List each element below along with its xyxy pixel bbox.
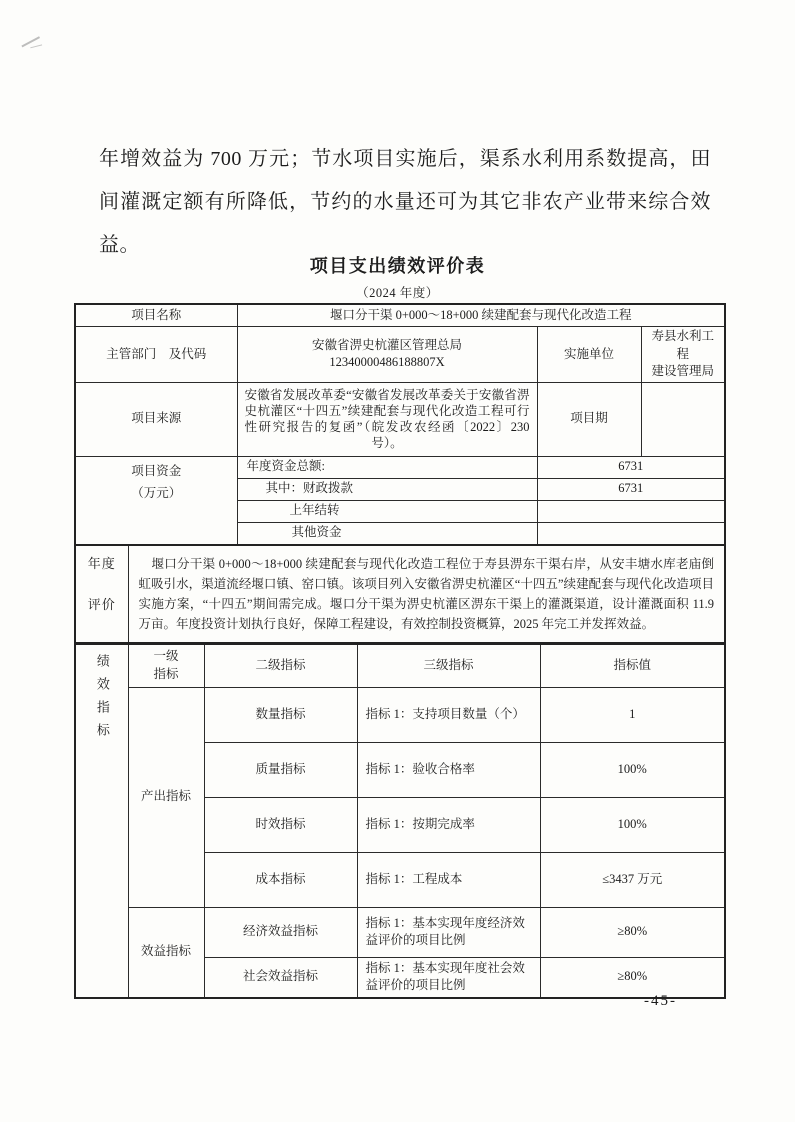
scan-artifact <box>21 36 46 60</box>
project-name-value: 堰口分干渠 0+000～18+000 续建配套与现代化改造工程 <box>237 304 725 327</box>
perf-section-label: 绩效指标 <box>75 644 128 998</box>
value-timeliness: 100% <box>540 797 725 852</box>
funds-row-label-carryover: 上年结转 <box>237 500 537 522</box>
table-title: 项目支出绩效评价表 <box>0 252 795 278</box>
perf-section-label-text: 绩效指标 <box>93 654 111 746</box>
header-level1: 一级 指标 <box>128 644 204 688</box>
level2-timeliness: 时效指标 <box>204 797 357 852</box>
annual-eval-table: 年度 评价 堰口分干渠 0+000～18+000 续建配套与现代化改造工程位于寿… <box>74 544 726 644</box>
value-quality: 100% <box>540 742 725 797</box>
impl-unit-label: 实施单位 <box>537 327 641 383</box>
funds-label: 项目资金 （万元） <box>75 456 237 545</box>
group-label-output: 产出指标 <box>128 687 204 907</box>
level3-timeliness: 指标 1：按期完成率 <box>357 797 540 852</box>
header-level3: 三级指标 <box>357 644 540 688</box>
info-table: 项目名称 堰口分干渠 0+000～18+000 续建配套与现代化改造工程 主管部… <box>74 303 726 546</box>
source-text: 安徽省发展改革委“安徽省发展改革委关于安徽省淠史杭灌区“十四五”续建配套与现代化… <box>237 382 537 456</box>
value-economic: ≥80% <box>540 907 725 957</box>
table-subtitle: （2024 年度） <box>0 283 795 301</box>
header-level2: 二级指标 <box>204 644 357 688</box>
intro-paragraph: 年增效益为 700 万元；节水项目实施后，渠系水利用系数提高，田间灌溉定额有所降… <box>99 138 711 267</box>
level3-social: 指标 1：基本实现年度社会效 益评价的项目比例 <box>357 957 540 998</box>
level2-social: 社会效益指标 <box>204 957 357 998</box>
level2-cost: 成本指标 <box>204 852 357 907</box>
funds-row-label-other: 其他资金 <box>237 522 537 545</box>
level3-quantity: 指标 1：支持项目数量（个） <box>357 687 540 742</box>
level3-cost: 指标 1：工程成本 <box>357 852 540 907</box>
evaluation-table: 项目名称 堰口分干渠 0+000～18+000 续建配套与现代化改造工程 主管部… <box>74 303 726 999</box>
header-indicator-value: 指标值 <box>540 644 725 688</box>
annual-eval-label-bottom: 评价 <box>81 596 123 614</box>
level3-economic: 指标 1：基本实现年度经济效 益评价的项目比例 <box>357 907 540 957</box>
funds-row-label-fiscal: 其中：财政拨款 <box>237 478 537 500</box>
funds-row-value-other <box>537 522 725 545</box>
title-block: 项目支出绩效评价表 （2024 年度） <box>0 252 795 301</box>
funds-row-value-carryover <box>537 500 725 522</box>
funds-row-label-total: 年度资金总额: <box>237 456 537 478</box>
source-label: 项目来源 <box>75 382 237 456</box>
dept-name: 安徽省淠史杭灌区管理总局 <box>243 337 532 355</box>
funds-row-value-fiscal: 6731 <box>537 478 725 500</box>
project-name-label: 项目名称 <box>75 304 237 327</box>
group-label-benefit: 效益指标 <box>128 907 204 998</box>
period-label: 项目期 <box>537 382 641 456</box>
value-quantity: 1 <box>540 687 725 742</box>
annual-eval-text: 堰口分干渠 0+000～18+000 续建配套与现代化改造工程位于寿县淠东干渠右… <box>128 545 725 643</box>
annual-eval-label: 年度 评价 <box>75 545 128 643</box>
document-page: 年增效益为 700 万元；节水项目实施后，渠系水利用系数提高，田间灌溉定额有所降… <box>0 0 795 1122</box>
dept-name-code: 安徽省淠史杭灌区管理总局 12340000486188807X <box>237 327 537 383</box>
level2-economic: 经济效益指标 <box>204 907 357 957</box>
value-social: ≥80% <box>540 957 725 998</box>
value-cost: ≤3437 万元 <box>540 852 725 907</box>
dept-code: 12340000486188807X <box>243 354 532 372</box>
period-value <box>641 382 725 456</box>
impl-unit-value: 寿县水利工程 建设管理局 <box>641 327 725 383</box>
level2-quality: 质量指标 <box>204 742 357 797</box>
level2-quantity: 数量指标 <box>204 687 357 742</box>
page-number: -45- <box>644 993 677 1010</box>
performance-indicators-table: 绩效指标 一级 指标 二级指标 三级指标 指标值 产出指标 数量指标 指标 1：… <box>74 643 726 999</box>
dept-label: 主管部门 及代码 <box>75 327 237 383</box>
annual-eval-label-top: 年度 <box>81 555 123 573</box>
funds-row-value-total: 6731 <box>537 456 725 478</box>
level3-quality: 指标 1：验收合格率 <box>357 742 540 797</box>
